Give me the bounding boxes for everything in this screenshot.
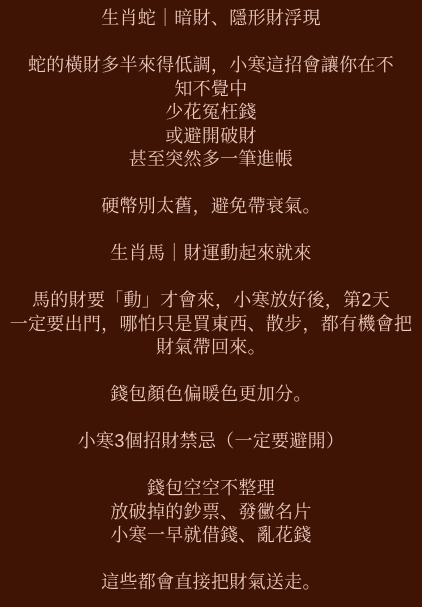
horse-tip: 錢包顏色偏暖色更加分。 bbox=[0, 383, 422, 407]
snake-heading: 生肖蛇｜暗財、隱形財浮現 bbox=[0, 7, 422, 31]
taboo-list: 錢包空空不整理 放破掉的鈔票、發黴名片 小寒一早就借錢、亂花錢 bbox=[0, 477, 422, 548]
taboo-heading: 小寒3個招財禁忌（一定要避開） bbox=[0, 430, 422, 454]
snake-paragraph: 蛇的橫財多半來得低調，小寒這招會讓你在不 知不覺中 少花冤枉錢 或避開破財 甚至… bbox=[0, 54, 422, 172]
taboo-warning: 這些都會直接把財氣送走。 bbox=[0, 571, 422, 595]
snake-tip: 硬幣別太舊，避免帶衰氣。 bbox=[0, 195, 422, 219]
horse-heading: 生肖馬｜財運動起來就來 bbox=[0, 242, 422, 266]
horse-paragraph: 馬的財要「動」才會來，小寒放好後，第2天 一定要出門，哪怕只是買東西、散步，都有… bbox=[0, 289, 422, 360]
article-page: 生肖蛇｜暗財、隱形財浮現 蛇的橫財多半來得低調，小寒這招會讓你在不 知不覺中 少… bbox=[0, 0, 422, 607]
